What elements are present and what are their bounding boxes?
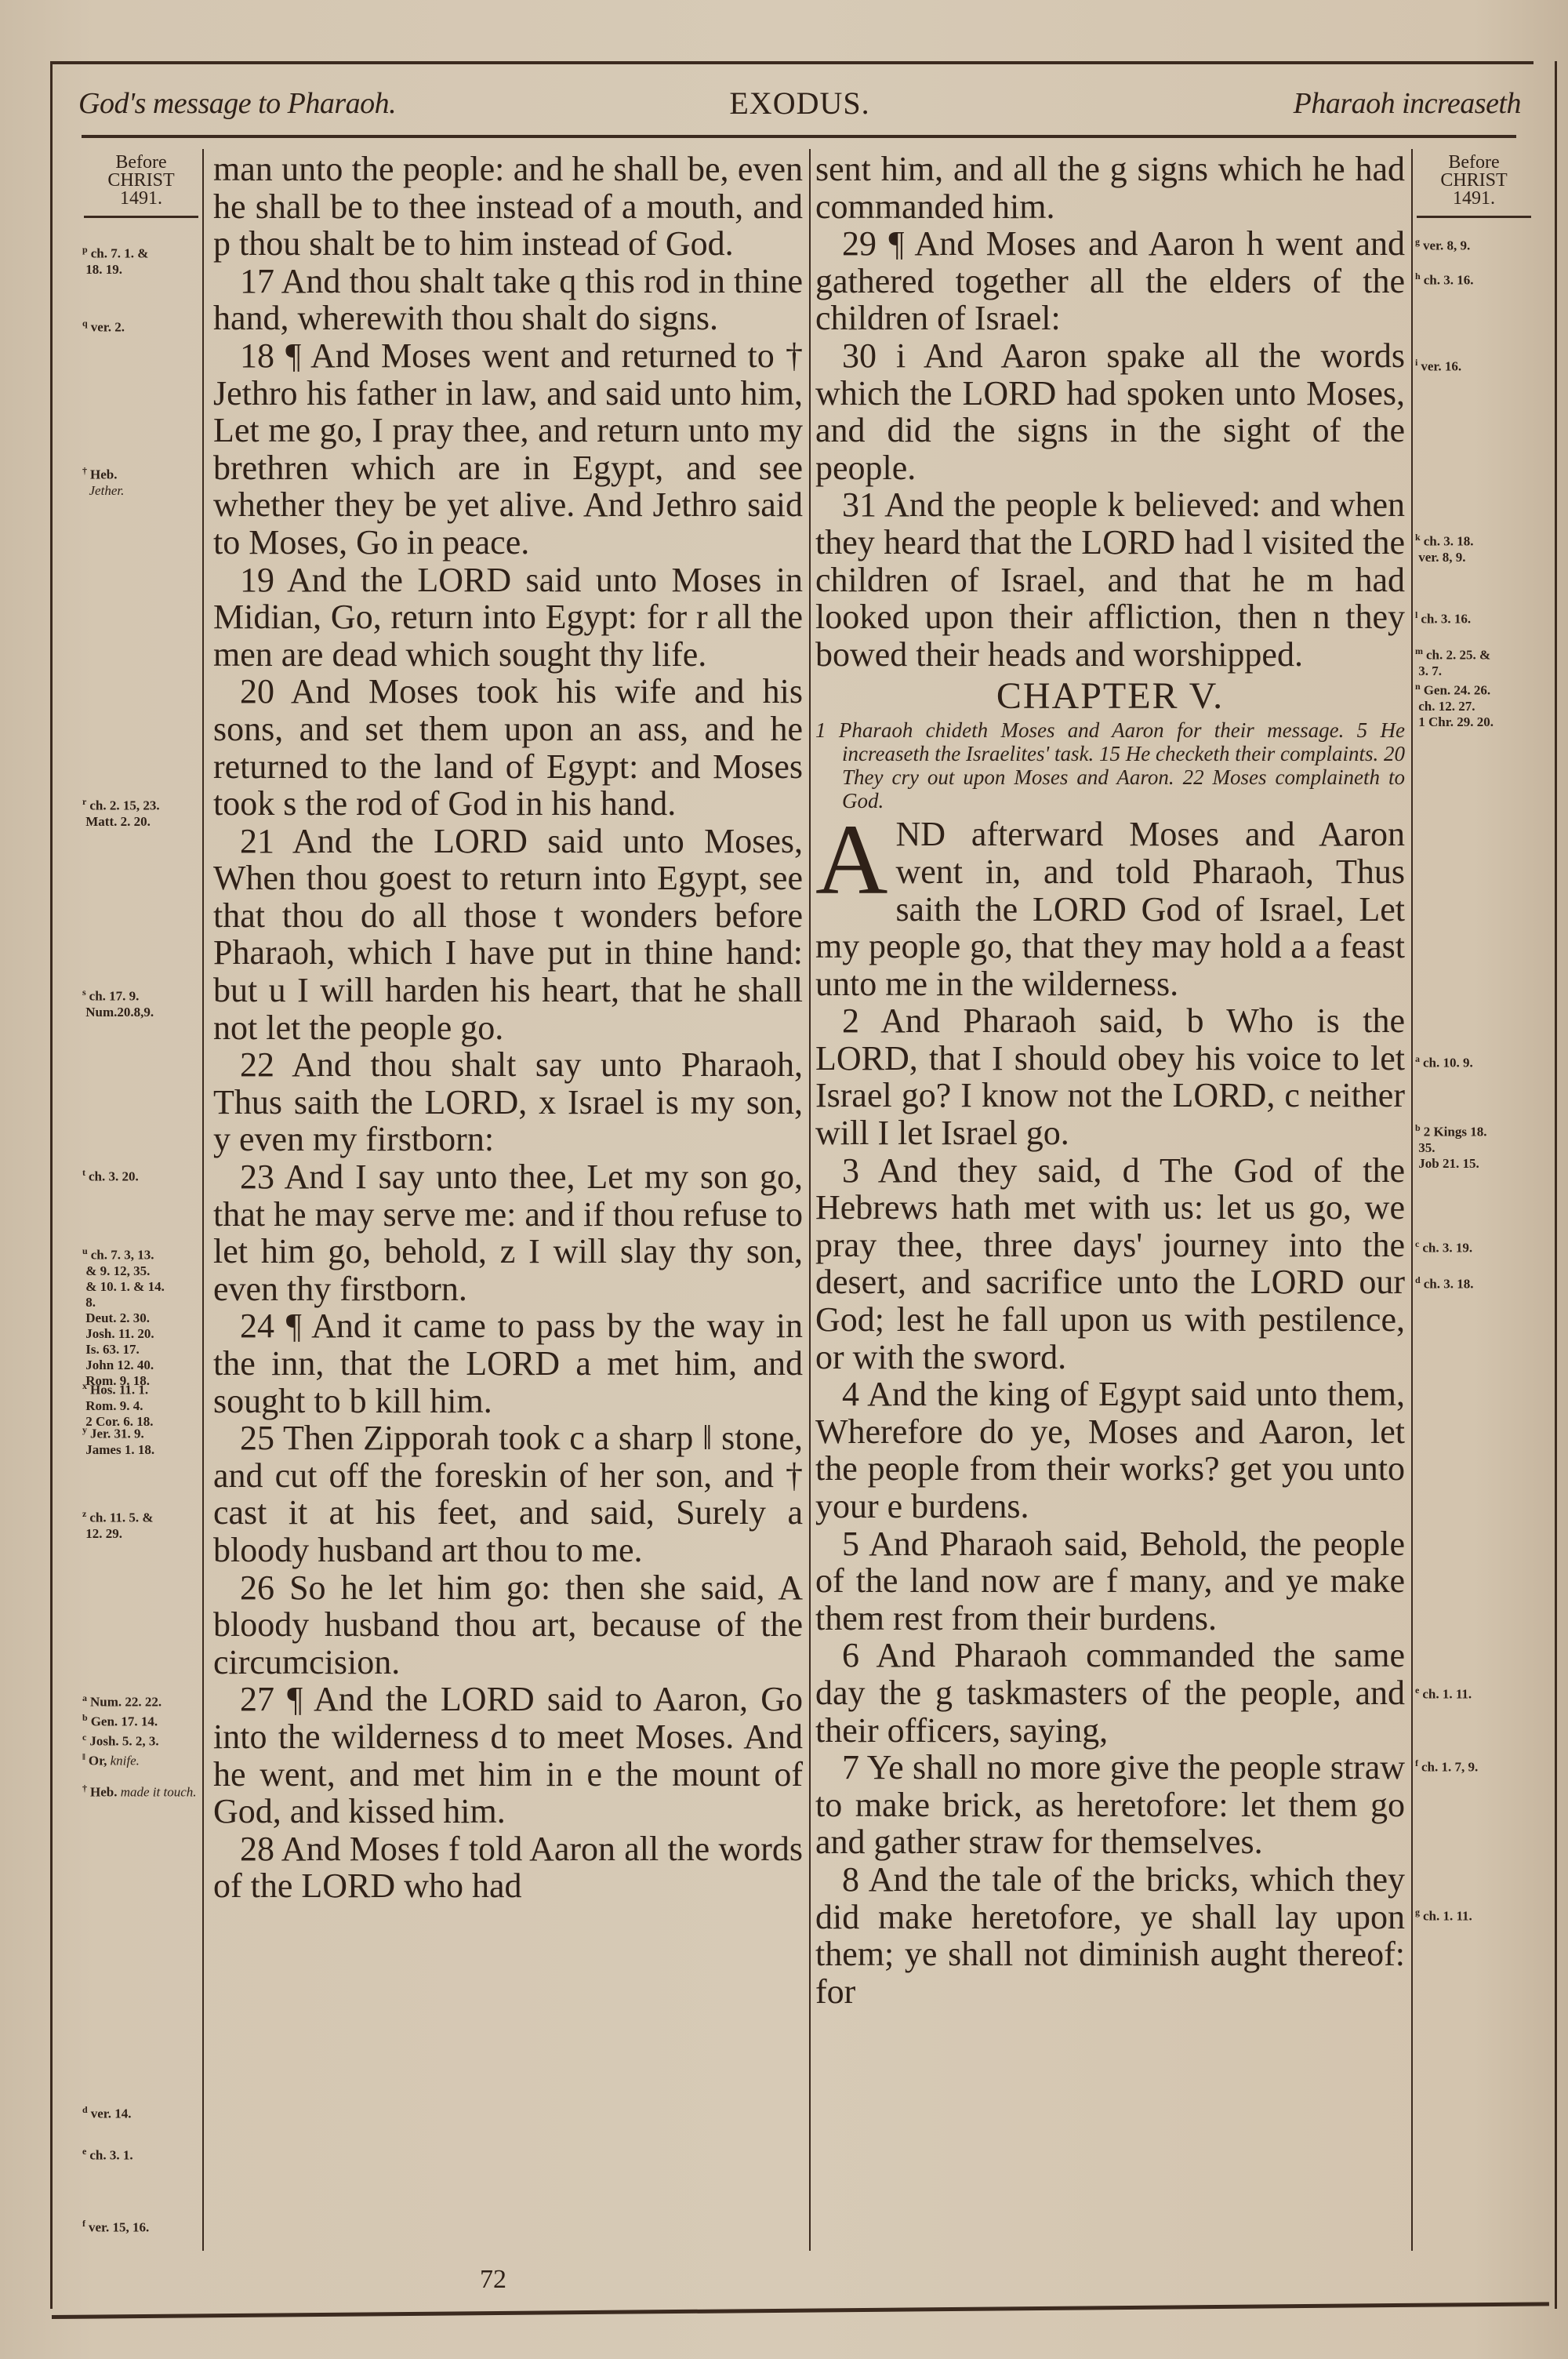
margin-note: ach. 10. 9.: [1415, 1051, 1473, 1071]
header-rule: [82, 135, 1516, 138]
verse-1-text: ND afterward Moses and Aaron went in, an…: [815, 815, 1405, 1002]
running-head-right: Pharaoh increaseth: [1294, 86, 1521, 121]
verse-4: 4 And the king of Egypt said unto them, …: [815, 1376, 1405, 1525]
margin-note: zch. 11. 5. & 12. 29.: [82, 1506, 154, 1542]
verse-5: 5 And Pharaoh said, Behold, the people o…: [815, 1525, 1405, 1637]
margin-note: uch. 7. 3, 13. & 9. 12, 35. & 10. 1. & 1…: [82, 1243, 165, 1389]
verse-1: AND afterward Moses and Aaron went in, a…: [815, 816, 1405, 1002]
before-christ-date: Before CHRIST 1491.: [84, 154, 198, 218]
verse-20: 20 And Moses took his wife and his sons,…: [213, 673, 803, 822]
verse-17: 17 And thou shalt take q this rod in thi…: [213, 263, 803, 337]
margin-note: kch. 3. 18. ver. 8, 9.: [1415, 529, 1473, 565]
margin-note: qver. 2.: [82, 315, 125, 336]
verse-18: 18 ¶ And Moses went and returned to † Je…: [213, 337, 803, 562]
text-column-right: sent him, and all the g signs which he h…: [815, 151, 1405, 2010]
verse-26: 26 So he let him go: then she said, A bl…: [213, 1569, 803, 1681]
bc-label-before: Before: [1417, 154, 1531, 172]
verse-22: 22 And thou shalt say unto Pharaoh, Thus…: [213, 1046, 803, 1158]
margin-note: aNum. 22. 22.: [82, 1690, 162, 1710]
margin-note: dch. 3. 18.: [1415, 1272, 1473, 1292]
verse-28-end: sent him, and all the g signs which he h…: [815, 151, 1405, 225]
top-rule: [50, 61, 1534, 64]
margin-note: †Heb. made it touch.: [82, 1780, 197, 1801]
verse-24: 24 ¶ And it came to pass by the way in t…: [213, 1307, 803, 1419]
margin-note: nGen. 24. 26. ch. 12. 27. 1 Chr. 29. 20.: [1415, 678, 1494, 730]
before-christ-date: Before CHRIST 1491.: [1417, 154, 1531, 218]
margin-note: iver. 16.: [1415, 354, 1461, 375]
margin-note: rch. 2. 15, 23. Matt. 2. 20.: [82, 794, 160, 830]
column-rule-left: [202, 149, 204, 2251]
chapter-heading: CHAPTER V.: [815, 676, 1405, 717]
verse-28: 28 And Moses f told Aaron all the words …: [213, 1830, 803, 1905]
column-rule-center: [809, 149, 811, 2251]
verse-27: 27 ¶ And the LORD said to Aaron, Go into…: [213, 1681, 803, 1830]
verse-3: 3 And they said, d The God of the Hebrew…: [815, 1152, 1405, 1376]
margin-note: ‖Or, knife.: [82, 1749, 140, 1769]
margin-note: gver. 8, 9.: [1415, 234, 1470, 254]
bc-label-christ: CHRIST: [84, 172, 198, 190]
bc-label-christ: CHRIST: [1417, 172, 1531, 190]
margin-note: †Heb. Jether.: [82, 463, 124, 499]
margin-note: mch. 2. 25. & 3. 7.: [1415, 643, 1490, 679]
verse-29: 29 ¶ And Moses and Aaron h went and gath…: [815, 225, 1405, 337]
verse-2: 2 And Pharaoh said, b Who is the LORD, t…: [815, 1002, 1405, 1151]
text-column-left: man unto the people: and he shall be, ev…: [213, 151, 803, 1905]
verse-30: 30 i And Aaron spake all the words which…: [815, 337, 1405, 486]
chapter-summary: 1 Pharaoh chideth Moses and Aaron for th…: [815, 718, 1405, 812]
margin-note: ech. 3. 1.: [82, 2143, 133, 2164]
margin-note: cJosh. 5. 2, 3.: [82, 1729, 159, 1750]
verse-31: 31 And the people k believed: and when t…: [815, 486, 1405, 673]
left-margin-references: Before CHRIST 1491. pch. 7. 1. & 18. 19.…: [74, 149, 208, 2274]
margin-note: lch. 3. 16.: [1415, 607, 1471, 627]
drop-cap: A: [815, 820, 887, 899]
right-margin-references: Before CHRIST 1491. gver. 8, 9. hch. 3. …: [1407, 149, 1541, 2274]
book-page: God's message to Pharaoh. EXODUS. Pharao…: [0, 0, 1568, 2359]
bc-year: 1491.: [1417, 190, 1531, 208]
verse-25: 25 Then Zipporah took c a sharp ‖ stone,…: [213, 1419, 803, 1568]
verse-23: 23 And I say unto thee, Let my son go, t…: [213, 1158, 803, 1307]
verse-7: 7 Ye shall no more give the people straw…: [815, 1749, 1405, 1861]
margin-note: hch. 3. 16.: [1415, 268, 1473, 289]
verse-21: 21 And the LORD said unto Moses, When th…: [213, 823, 803, 1047]
margin-note: tch. 3. 20.: [82, 1165, 139, 1185]
verse-16-end: man unto the people: and he shall be, ev…: [213, 151, 803, 263]
bc-year: 1491.: [84, 190, 198, 208]
margin-note: ech. 1. 11.: [1415, 1682, 1472, 1703]
verse-6: 6 And Pharaoh commanded the same day the…: [815, 1637, 1405, 1749]
margin-note: yJer. 31. 9. James 1. 18.: [82, 1422, 154, 1458]
margin-note: bGen. 17. 14.: [82, 1710, 158, 1730]
verse-19: 19 And the LORD said unto Moses in Midia…: [213, 562, 803, 674]
margin-note: cch. 3. 19.: [1415, 1236, 1472, 1256]
page-number: 72: [0, 2265, 1568, 2295]
running-head: God's message to Pharaoh. EXODUS. Pharao…: [78, 78, 1521, 125]
margin-note: gch. 1. 11.: [1415, 1904, 1472, 1925]
verse-8: 8 And the tale of the bricks, which they…: [815, 1861, 1405, 2010]
margin-note: dver. 14.: [82, 2102, 131, 2122]
margin-note: b2 Kings 18. 35. Job 21. 15.: [1415, 1120, 1486, 1172]
margin-note: sch. 17. 9. Num.20.8,9.: [82, 984, 154, 1020]
margin-note: pch. 7. 1. & 18. 19.: [82, 242, 148, 278]
margin-note: fver. 15, 16.: [82, 2215, 149, 2236]
bc-label-before: Before: [84, 154, 198, 172]
margin-note: fch. 1. 7, 9.: [1415, 1755, 1478, 1776]
